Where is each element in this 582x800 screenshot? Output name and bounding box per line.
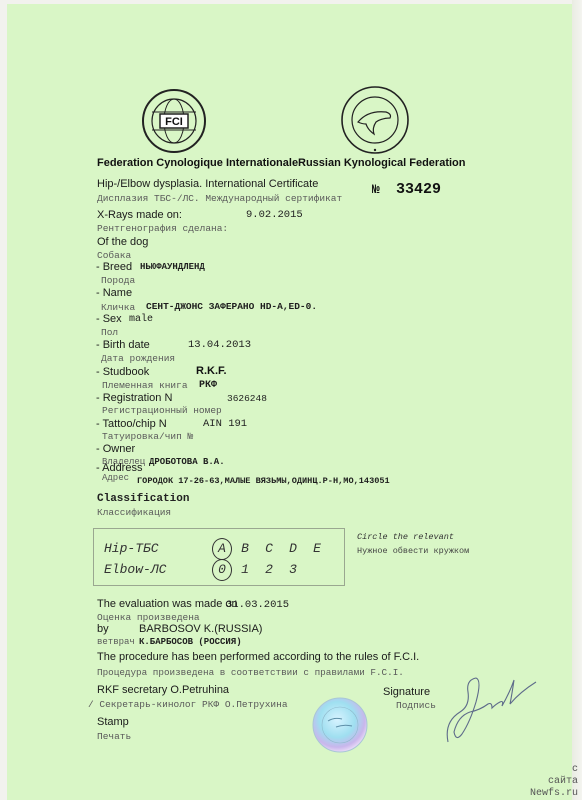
birth-value: 13.04.2013: [188, 339, 251, 351]
evaluation-by-value-ru: К.БАРБОСОВ (РОССИЯ): [139, 637, 242, 647]
tattoo-label-ru: Татуировка/чип №: [102, 431, 193, 442]
signature-label-en: Signature: [383, 686, 430, 698]
elbow-label: Elbow-ЛС: [104, 562, 166, 577]
sex-value: male: [129, 314, 153, 325]
watermark-line-1: с: [572, 764, 578, 775]
address-value: ГОРОДОК 17-26-63,МАЛЫЕ ВЯЗЬМЫ,ОДИНЦ.Р-Н,…: [137, 476, 390, 486]
rkf-logo: [338, 84, 412, 156]
elbow-grade-0-selected: 0: [212, 559, 232, 581]
classification-hint-en: Circle the relevant: [357, 532, 454, 542]
hip-grade-e: E: [308, 541, 326, 556]
procedure-text-en: The procedure has been performed accordi…: [97, 651, 419, 663]
tattoo-label-en: - Tattoo/chip N: [96, 418, 167, 430]
classification-hint-ru: Нужное обвести кружком: [357, 546, 469, 556]
of-dog-label-ru: Собака: [97, 250, 131, 261]
certificate-number: 33429: [396, 181, 441, 198]
hip-grade-a-selected: A: [212, 538, 232, 560]
scan-edge: [572, 0, 582, 800]
secretary-label-ru: / Секретарь-кинолог РКФ О.Петрухина: [88, 699, 288, 710]
hologram-stamp: [312, 697, 368, 758]
org-rkf: Russian Kynological Federation: [298, 157, 465, 169]
evaluation-date-value: 31.03.2015: [226, 599, 289, 611]
secretary-label-en: RKF secretary O.Petruhina: [97, 684, 229, 696]
stamp-label-ru: Печать: [97, 731, 131, 742]
evaluation-by-label-ru: ветврач: [97, 637, 135, 647]
watermark-line-3: Newfs.ru: [530, 788, 578, 799]
tattoo-value: AIN 191: [203, 418, 247, 430]
svg-text:FCI: FCI: [165, 116, 183, 128]
hip-grade-d: D: [284, 541, 302, 556]
stamp-label-en: Stamp: [97, 716, 129, 728]
elbow-grade-3: 3: [284, 562, 302, 577]
studbook-value-en: R.K.F.: [196, 365, 227, 377]
owner-value: ДРОБОТОВА В.А.: [149, 457, 225, 467]
signature-scribble: [440, 672, 540, 757]
evaluation-date-label-ru: Оценка произведена: [97, 612, 200, 623]
studbook-label-ru: Племенная книга: [102, 380, 188, 391]
hip-grade-c: C: [260, 541, 278, 556]
registration-label-en: - Registration N: [96, 392, 172, 404]
evaluation-by-label-en: by: [97, 623, 109, 635]
fci-logo: FCI: [140, 88, 208, 154]
name-label-ru: Кличка: [101, 302, 135, 313]
breed-value: НЬЮФАУНДЛЕНД: [140, 262, 205, 272]
org-fci: Federation Cynologique Internationale: [97, 157, 298, 169]
classification-title-ru: Классификация: [97, 507, 171, 518]
birth-label-ru: Дата рождения: [101, 353, 175, 364]
sex-label-ru: Пол: [101, 327, 118, 338]
elbow-grade-2: 2: [260, 562, 278, 577]
hip-grade-b: B: [236, 541, 254, 556]
certificate-title-en: Hip-/Elbow dysplasia. International Cert…: [97, 178, 318, 190]
elbow-grade-1: 1: [236, 562, 254, 577]
watermark-line-2: сайта: [548, 776, 578, 787]
evaluation-date-label-en: The evaluation was made on: [97, 598, 238, 610]
breed-label-en: - Breed: [96, 261, 132, 273]
hip-label: Hip-ТБС: [104, 541, 159, 556]
birth-label-en: - Birth date: [96, 339, 150, 351]
breed-label-ru: Порода: [101, 275, 135, 286]
xrays-label-ru: Рентгенография сделана:: [97, 223, 228, 234]
name-label-en: - Name: [96, 287, 132, 299]
address-label-ru: Адрес: [102, 473, 129, 483]
certificate-number-label: №: [372, 182, 380, 197]
registration-value: 3626248: [227, 393, 267, 404]
sex-label-en: - Sex: [96, 313, 122, 325]
owner-label-en: - Owner: [96, 443, 135, 455]
procedure-text-ru: Процедура произведена в соответствии с п…: [97, 667, 404, 678]
name-value: СЕНТ-ДЖОНС ЗАФЕРАНО HD-A,ED-0.: [146, 301, 317, 312]
registration-label-ru: Регистрационный номер: [102, 405, 222, 416]
signature-label-ru: Подпись: [396, 700, 436, 711]
classification-box: Hip-ТБС ABCDE Elbow-ЛС 0123: [93, 528, 345, 586]
of-dog-label-en: Of the dog: [97, 236, 148, 248]
xrays-label-en: X-Rays made on:: [97, 209, 182, 221]
certificate-title-ru: Дисплазия ТБС-/ЛС. Международный сертифи…: [97, 193, 342, 204]
evaluation-by-value-en: BARBOSOV K.(RUSSIA): [139, 623, 262, 635]
studbook-value-ru: РКФ: [199, 380, 217, 391]
classification-title-en: Classification: [97, 493, 189, 505]
studbook-label-en: - Studbook: [96, 366, 149, 378]
xrays-value: 9.02.2015: [246, 209, 303, 221]
